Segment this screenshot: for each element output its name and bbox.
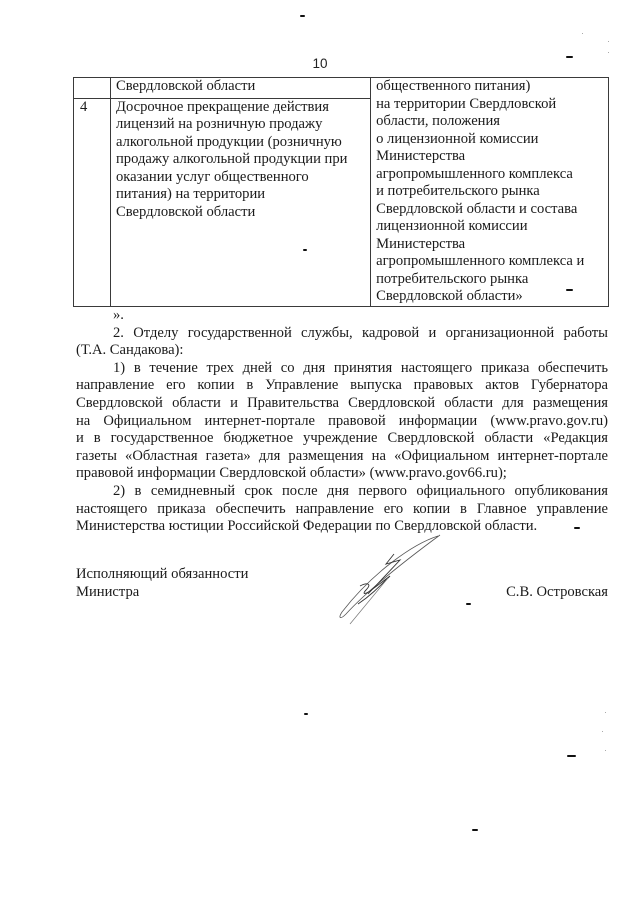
service-name-cell: Свердловской области [111, 78, 371, 99]
paragraph-line: 1) в течение трех дней со дня принятия н… [76, 360, 608, 378]
name-line: питания) на территории [116, 186, 366, 204]
scan-speck [466, 603, 471, 605]
paragraph-line: Свердловской области и Правительства Све… [76, 395, 608, 413]
table-row-continuation: Свердловской области общественного питан… [74, 78, 609, 99]
basis-line: потребительского рынка [376, 271, 604, 289]
page-number: 10 [0, 56, 640, 71]
paragraph-2: 2. Отделу государственной службы, кадров… [76, 325, 608, 360]
paragraph-line: направление его копии в Управление выпус… [76, 377, 608, 395]
basis-line: лицензионной комиссии [376, 218, 604, 236]
scan-speck [472, 829, 478, 831]
license-table: Свердловской области общественного питан… [73, 77, 609, 307]
paragraph-line: 2) в семидневный срок после дня первого … [76, 483, 608, 501]
scan-speck [300, 15, 305, 17]
basis-line: Свердловской области и состава [376, 201, 604, 219]
paragraph-line: на Официальном интернет-портале правовой… [76, 413, 608, 431]
paragraph-line: (Т.А. Сандакова): [76, 342, 608, 360]
legal-basis-cell: общественного питания) на территории Све… [371, 78, 609, 307]
scan-dot [605, 750, 606, 751]
basis-line: Министерства [376, 236, 604, 254]
name-line: лицензий на розничную продажу [116, 116, 366, 134]
scan-dot [608, 41, 609, 42]
name-line: оказании услуг общественного [116, 169, 366, 187]
signer-role-line: Исполняющий обязанности [76, 566, 608, 584]
closing-quote: ». [76, 307, 608, 325]
basis-line: общественного питания) [376, 78, 604, 96]
row-number-cell [74, 78, 111, 99]
name-line: алкогольной продукции (розничную [116, 134, 366, 152]
row-number-cell: 4 [74, 98, 111, 306]
paragraph-2-item-2: 2) в семидневный срок после дня первого … [76, 483, 608, 536]
scan-dot [608, 52, 609, 53]
signer-name: С.В. Островская [506, 584, 608, 602]
name-line: Досрочное прекращение действия [116, 99, 366, 117]
basis-line: агропромышленного комплекса и [376, 253, 604, 271]
basis-line: на территории Свердловской [376, 96, 604, 114]
service-name-cell: Досрочное прекращение действия лицензий … [111, 98, 371, 306]
scan-dot [602, 731, 603, 732]
paragraph-2-item-1: 1) в течение трех дней со дня принятия н… [76, 360, 608, 483]
name-line: продажу алкогольной продукции при [116, 151, 366, 169]
scan-dot [605, 712, 606, 713]
paragraph-line: 2. Отделу государственной службы, кадров… [76, 325, 608, 343]
paragraph-line: настоящего приказа обеспечить направлени… [76, 501, 608, 519]
scan-speck [304, 713, 308, 715]
scan-dot [582, 33, 583, 34]
order-body: ». 2. Отделу государственной службы, кад… [76, 307, 608, 536]
basis-line: и потребительского рынка [376, 183, 604, 201]
name-line: Свердловской области [116, 204, 366, 222]
paragraph-line: и в государственное бюджетное учреждение… [76, 430, 608, 448]
paragraph-line: газеты «Областная газета» для размещения… [76, 448, 608, 466]
paragraph-line: правовой информации Свердловской области… [76, 465, 608, 483]
basis-line: области, положения [376, 113, 604, 131]
basis-line: о лицензионной комиссии [376, 131, 604, 149]
scan-speck [567, 755, 576, 757]
basis-line: агропромышленного комплекса [376, 166, 604, 184]
basis-line: Свердловской области» [376, 288, 604, 306]
signature-block: Исполняющий обязанности Министра С.В. Ос… [76, 566, 608, 601]
basis-line: Министерства [376, 148, 604, 166]
